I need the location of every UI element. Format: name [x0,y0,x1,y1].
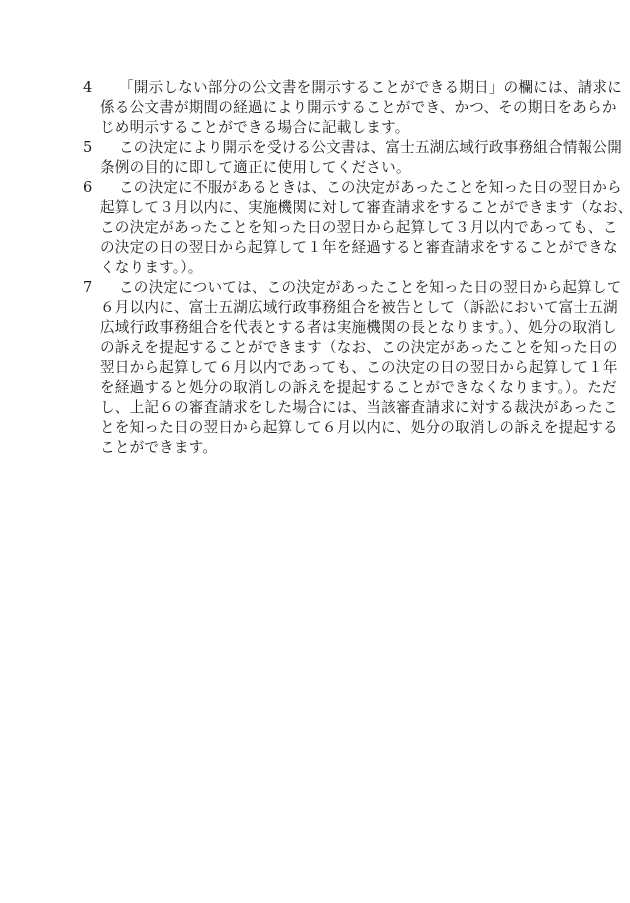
document-page: 4「開示しない部分の公文書を開示することができる期日」の欄には、請求に 係る公文… [0,0,630,903]
note-item-6: 6この決定に不服があるときは、この決定があったことを知った日の翌日から 起算して… [83,178,566,278]
note-text: 「開示しない部分の公文書を開示することができる期日」の欄には、請求に [119,79,622,96]
note-line: を経過すると処分の取消しの訴えを提起することができなくなります。）。ただ [83,378,566,398]
note-line: 係る公文書が期間の経過により開示することができ、かつ、その期日をあらか [83,98,566,118]
note-line: ６月以内に、富士五湖広域行政事務組合を被告として（訴訟において富士五湖 [83,298,566,318]
note-item-4: 4「開示しない部分の公文書を開示することができる期日」の欄には、請求に 係る公文… [83,78,566,138]
note-number: 5 [83,138,119,158]
note-line: 条例の目的に即して適正に使用してください。 [83,158,566,178]
notes-list: 4「開示しない部分の公文書を開示することができる期日」の欄には、請求に 係る公文… [83,78,566,458]
note-number: 6 [83,178,119,198]
note-line: じめ明示することができる場合に記載します。 [83,118,566,138]
note-line: の訴えを提起することができます（なお、この決定があったことを知った日の [83,338,566,358]
note-line: 4「開示しない部分の公文書を開示することができる期日」の欄には、請求に [83,78,566,98]
note-line: この決定があったことを知った日の翌日から起算して３月以内であっても、こ [83,218,566,238]
note-line: 6この決定に不服があるときは、この決定があったことを知った日の翌日から [83,178,566,198]
note-line: の決定の日の翌日から起算して１年を経過すると審査請求をすることができな [83,238,566,258]
note-text: この決定に不服があるときは、この決定があったことを知った日の翌日から [119,179,622,196]
note-line: 広域行政事務組合を代表とする者は実施機関の長となります。）、処分の取消し [83,318,566,338]
note-text: この決定については、この決定があったことを知った日の翌日から起算して [119,279,622,296]
note-line: 5この決定により開示を受ける公文書は、富士五湖広域行政事務組合情報公開 [83,138,566,158]
note-item-7: 7この決定については、この決定があったことを知った日の翌日から起算して ６月以内… [83,278,566,458]
note-line: とを知った日の翌日から起算して６月以内に、処分の取消しの訴えを提起する [83,418,566,438]
note-line: 起算して３月以内に、実施機関に対して審査請求をすることができます（なお、 [83,198,566,218]
note-line: くなります。）。 [83,258,566,278]
note-line: 7この決定については、この決定があったことを知った日の翌日から起算して [83,278,566,298]
note-text: この決定により開示を受ける公文書は、富士五湖広域行政事務組合情報公開 [119,139,622,156]
note-line: し、上記６の審査請求をした場合には、当該審査請求に対する裁決があったこ [83,398,566,418]
note-line: 翌日から起算して６月以内であっても、この決定の日の翌日から起算して１年 [83,358,566,378]
note-item-5: 5この決定により開示を受ける公文書は、富士五湖広域行政事務組合情報公開 条例の目… [83,138,566,178]
note-number: 4 [83,78,119,98]
note-line: ことができます。 [83,438,566,458]
note-number: 7 [83,278,119,298]
